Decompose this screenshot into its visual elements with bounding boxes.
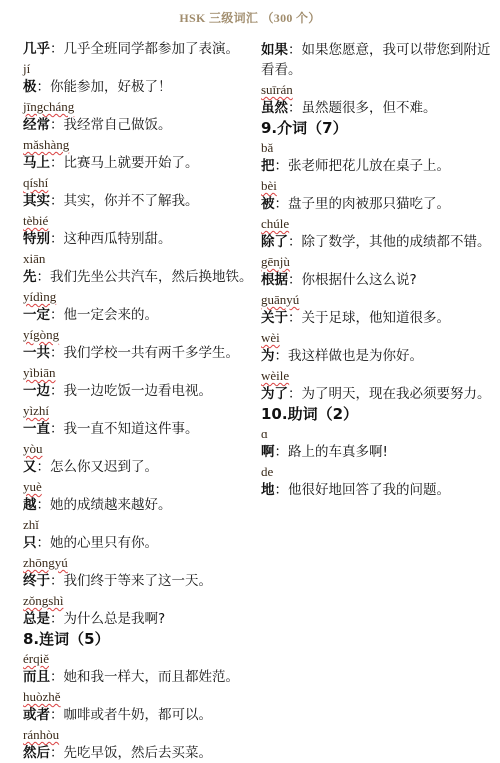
vocab-entry: qíshí 其实：其实，你并不了解我。	[23, 173, 253, 211]
vocab-entry: chúle 除了：除了数学，其他的成绩都不错。	[261, 214, 493, 252]
pinyin-line: zhǐ	[23, 515, 253, 534]
separator: ：	[37, 535, 51, 551]
separator: ：	[288, 310, 302, 326]
pinyin: wèile	[261, 368, 289, 383]
vocab-sentence: 总是：为什么总是我啊?	[23, 610, 253, 629]
vocab-entry: yìzhí 一直：我一直不知道这件事。	[23, 401, 253, 439]
vocab-sentence: 为：我这样做也是为你好。	[261, 347, 493, 366]
vocab-entry: huòzhě 或者：咖啡或者牛奶，都可以。	[23, 687, 253, 725]
vocab-sentence: 一边：我一边吃饭一边看电视。	[23, 382, 253, 401]
example-sentence: 我经常自己做饭。	[64, 117, 172, 133]
vocab-sentence: 地：他很好地回答了我的问题。	[261, 481, 493, 500]
vocab-sentence: 极：你能参加，好极了！	[23, 78, 253, 97]
vocab-list-conjunctions: érqiě 而且：她和我一样大，而且都姓范。 huòzhě 或者：咖啡或者牛奶，…	[23, 649, 253, 763]
vocab-word: 把	[261, 158, 275, 174]
pinyin-line: qíshí	[23, 173, 253, 192]
separator: ：	[37, 79, 51, 95]
vocab-entry: yòu 又：怎么你又迟到了。	[23, 439, 253, 477]
separator: ：	[288, 272, 302, 288]
pinyin-line: tèbié	[23, 211, 253, 230]
vocab-word: 除了	[261, 234, 288, 250]
pinyin-line: yìbiān	[23, 363, 253, 382]
pinyin: wèi	[261, 330, 280, 345]
example-sentence: 怎么你又迟到了。	[50, 459, 158, 475]
vocab-word: 只	[23, 535, 37, 551]
vocab-word: 几乎	[23, 41, 50, 57]
vocab-word: 如果	[261, 42, 288, 58]
pinyin-line: yídìng	[23, 287, 253, 306]
example-sentence: 为什么总是我啊?	[64, 611, 166, 627]
vocab-sentence: 几乎：几乎全班同学都参加了表演。	[23, 40, 253, 59]
pinyin: yìzhí	[23, 403, 49, 418]
pinyin: zǒngshì	[23, 593, 63, 608]
section-title-prepositions: 9.介词（7）	[261, 118, 493, 138]
vocab-entry: guānyú 关于：关于足球，他知道很多。	[261, 290, 493, 328]
vocab-entry: tèbié 特别：这种西瓜特别甜。	[23, 211, 253, 249]
example-sentence: 她的心里只有你。	[50, 535, 158, 551]
vocab-word: 马上	[23, 155, 50, 171]
section-title-particles: 10.助词（2）	[261, 404, 493, 424]
pinyin: chúle	[261, 216, 289, 231]
vocab-word: 极	[23, 79, 37, 95]
vocab-entry: zhōngyú 终于：我们终于等来了这一天。	[23, 553, 253, 591]
pinyin-line: bèi	[261, 176, 493, 195]
pinyin: xiān	[23, 251, 45, 266]
vocab-entry: jí 极：你能参加，好极了！	[23, 59, 253, 97]
separator: ：	[50, 117, 64, 133]
pinyin-line: chúle	[261, 214, 493, 233]
vocab-sentence: 其实：其实，你并不了解我。	[23, 192, 253, 211]
vocab-word: 地	[261, 482, 275, 498]
vocab-entry: yìbiān 一边：我一边吃饭一边看电视。	[23, 363, 253, 401]
vocab-sentence: 根据：你根据什么这么说?	[261, 271, 493, 290]
vocab-entry: de 地：他很好地回答了我的问题。	[261, 462, 493, 500]
vocab-sentence: 特别：这种西瓜特别甜。	[23, 230, 253, 249]
pinyin: qíshí	[23, 175, 48, 190]
pinyin: zhōngyú	[23, 555, 68, 570]
vocab-word: 越	[23, 497, 37, 513]
example-sentence: 咖啡或者牛奶，都可以。	[64, 707, 213, 723]
pinyin: zhǐ	[23, 517, 39, 532]
vocab-word: 特别	[23, 231, 50, 247]
example-sentence: 我这样做也是为你好。	[288, 348, 423, 364]
pinyin-line: guānyú	[261, 290, 493, 309]
vocab-sentence: 终于：我们终于等来了这一天。	[23, 572, 253, 591]
pinyin-line: mǎshàng	[23, 135, 253, 154]
example-sentence: 他很好地回答了我的问题。	[288, 482, 450, 498]
vocab-word: 一共	[23, 345, 50, 361]
pinyin-line: gēnjù	[261, 252, 493, 271]
pinyin: yuè	[23, 479, 42, 494]
separator: ：	[50, 383, 64, 399]
example-sentence: 我们学校一共有两千多学生。	[64, 345, 240, 361]
example-sentence: 张老师把花儿放在桌子上。	[288, 158, 450, 174]
pinyin: jīngcháng	[23, 99, 74, 114]
pinyin-line: érqiě	[23, 649, 253, 668]
vocab-word: 一定	[23, 307, 50, 323]
vocab-entry: ɑ 啊：路上的车真多啊!	[261, 424, 493, 462]
pinyin: yídìng	[23, 289, 56, 304]
example-sentence: 她和我一样大，而且都姓范。	[64, 669, 240, 685]
vocab-word: 然后	[23, 745, 50, 761]
pinyin: suīrán	[261, 82, 293, 97]
vocab-word: 先	[23, 269, 37, 285]
pinyin-line: zǒngshì	[23, 591, 253, 610]
vocab-entry: jīngcháng 经常：我经常自己做饭。	[23, 97, 253, 135]
vocab-word: 终于	[23, 573, 50, 589]
vocab-word: 经常	[23, 117, 50, 133]
pinyin: de	[261, 464, 273, 479]
vocab-word: 总是	[23, 611, 50, 627]
pinyin-line: wèi	[261, 328, 493, 347]
vocab-list-prepositions: bǎ 把：张老师把花儿放在桌子上。 bèi 被：盘子里的肉被那只猫吃了。 chú…	[261, 138, 493, 404]
vocab-sentence: 一直：我一直不知道这件事。	[23, 420, 253, 439]
vocab-list-particles: ɑ 啊：路上的车真多啊! de 地：他很好地回答了我的问题。	[261, 424, 493, 500]
vocab-sentence: 马上：比赛马上就要开始了。	[23, 154, 253, 173]
vocab-word: 一边	[23, 383, 50, 399]
vocab-entry: suīrán 虽然：虽然题很多，但不难。	[261, 80, 493, 118]
separator: ：	[288, 234, 302, 250]
pinyin: mǎshàng	[23, 137, 69, 152]
vocab-entry: gēnjù 根据：你根据什么这么说?	[261, 252, 493, 290]
example-sentence: 其实，你并不了解我。	[64, 193, 199, 209]
example-sentence: 我一边吃饭一边看电视。	[64, 383, 213, 399]
vocab-sentence: 关于：关于足球，他知道很多。	[261, 309, 493, 328]
separator: ：	[50, 421, 64, 437]
pinyin: guānyú	[261, 292, 299, 307]
pinyin: bèi	[261, 178, 277, 193]
pinyin-line: yòu	[23, 439, 253, 458]
example-sentence: 她的成绩越来越好。	[50, 497, 172, 513]
vocab-sentence: 然后：先吃早饭，然后去买菜。	[23, 744, 253, 763]
separator: ：	[37, 497, 51, 513]
separator: ：	[50, 573, 64, 589]
pinyin-line: wèile	[261, 366, 493, 385]
vocab-sentence: 如果：如果您愿意，我可以带您到附近看看。	[261, 40, 493, 80]
vocab-sentence: 越：她的成绩越来越好。	[23, 496, 253, 515]
vocab-word: 或者	[23, 707, 50, 723]
vocab-word: 为了	[261, 386, 288, 402]
pinyin-line: huòzhě	[23, 687, 253, 706]
example-sentence: 盘子里的肉被那只猫吃了。	[288, 196, 450, 212]
separator: ：	[288, 100, 302, 116]
vocab-word: 虽然	[261, 100, 288, 116]
vocab-sentence: 又：怎么你又迟到了。	[23, 458, 253, 477]
example-sentence: 关于足球，他知道很多。	[302, 310, 451, 326]
vocab-entry: bǎ 把：张老师把花儿放在桌子上。	[261, 138, 493, 176]
vocab-word: 一直	[23, 421, 50, 437]
vocab-sentence: 除了：除了数学，其他的成绩都不错。	[261, 233, 493, 252]
separator: ：	[275, 348, 289, 364]
vocab-entry: wèile 为了：为了明天，现在我必须要努力。	[261, 366, 493, 404]
separator: ：	[50, 231, 64, 247]
vocab-word: 为	[261, 348, 275, 364]
example-sentence: 我们终于等来了这一天。	[64, 573, 213, 589]
separator: ：	[50, 307, 64, 323]
pinyin-line: ránhòu	[23, 725, 253, 744]
example-sentence: 他一定会来的。	[64, 307, 159, 323]
pinyin-line: yìzhí	[23, 401, 253, 420]
pinyin: gēnjù	[261, 254, 290, 269]
vocab-entry: yídìng 一定：他一定会来的。	[23, 287, 253, 325]
vocab-sentence: 一定：他一定会来的。	[23, 306, 253, 325]
vocab-list: suīrán 虽然：虽然题很多，但不难。	[261, 80, 493, 118]
pinyin: érqiě	[23, 651, 49, 666]
pinyin-line: suīrán	[261, 80, 493, 99]
example-sentence: 先吃早饭，然后去买菜。	[64, 745, 213, 761]
pinyin: tèbié	[23, 213, 48, 228]
separator: ：	[50, 345, 64, 361]
example-sentence: 你能参加，好极了！	[50, 79, 172, 95]
vocab-sentence: 为了：为了明天，现在我必须要努力。	[261, 385, 493, 404]
vocab-word: 根据	[261, 272, 288, 288]
separator: ：	[37, 459, 51, 475]
vocab-sentence: 经常：我经常自己做饭。	[23, 116, 253, 135]
separator: ：	[50, 745, 64, 761]
pinyin-line: zhōngyú	[23, 553, 253, 572]
vocab-entry: zhǐ 只：她的心里只有你。	[23, 515, 253, 553]
pinyin-line: jīngcháng	[23, 97, 253, 116]
example-sentence: 我们先坐公共汽车，然后换地铁。	[50, 269, 253, 285]
pinyin: bǎ	[261, 140, 273, 155]
pinyin-line: yígòng	[23, 325, 253, 344]
separator: ：	[37, 269, 51, 285]
separator: ：	[275, 158, 289, 174]
separator: ：	[50, 669, 64, 685]
example-sentence: 为了明天，现在我必须要努力。	[302, 386, 491, 402]
pinyin-line: de	[261, 462, 493, 481]
pinyin: jí	[23, 61, 30, 76]
example-sentence: 除了数学，其他的成绩都不错。	[302, 234, 491, 250]
example-sentence: 路上的车真多啊!	[288, 444, 388, 460]
pinyin: yígòng	[23, 327, 59, 342]
example-sentence: 我一直不知道这件事。	[64, 421, 199, 437]
vocab-entry: xiān 先：我们先坐公共汽车，然后换地铁。	[23, 249, 253, 287]
vocab-word: 啊	[261, 444, 275, 460]
example-sentence: 这种西瓜特别甜。	[64, 231, 172, 247]
separator: ：	[50, 193, 64, 209]
vocab-word: 而且	[23, 669, 50, 685]
vocab-entry: bèi 被：盘子里的肉被那只猫吃了。	[261, 176, 493, 214]
example-sentence: 虽然题很多，但不难。	[302, 100, 437, 116]
example-sentence: 你根据什么这么说?	[302, 272, 417, 288]
vocab-sentence: 或者：咖啡或者牛奶，都可以。	[23, 706, 253, 725]
separator: ：	[50, 707, 64, 723]
section-title-conjunctions: 8.连词（5）	[23, 629, 253, 649]
vocab-entry: mǎshàng 马上：比赛马上就要开始了。	[23, 135, 253, 173]
separator: ：	[275, 444, 289, 460]
vocab-sentence: 虽然：虽然题很多，但不难。	[261, 99, 493, 118]
vocab-sentence: 一共：我们学校一共有两千多学生。	[23, 344, 253, 363]
right-column: 如果：如果您愿意，我可以带您到附近看看。 suīrán 虽然：虽然题很多，但不难…	[261, 40, 493, 500]
vocab-entry: érqiě 而且：她和我一样大，而且都姓范。	[23, 649, 253, 687]
separator: ：	[288, 386, 302, 402]
vocab-entry: yígòng 一共：我们学校一共有两千多学生。	[23, 325, 253, 363]
separator: ：	[50, 155, 64, 171]
vocab-sentence: 先：我们先坐公共汽车，然后换地铁。	[23, 268, 253, 287]
pinyin: ránhòu	[23, 727, 59, 742]
separator: ：	[275, 482, 289, 498]
separator: ：	[50, 41, 64, 57]
pinyin-line: yuè	[23, 477, 253, 496]
pinyin-line: xiān	[23, 249, 253, 268]
vocab-word: 被	[261, 196, 275, 212]
vocab-word: 关于	[261, 310, 288, 326]
pinyin: huòzhě	[23, 689, 61, 704]
vocab-word: 又	[23, 459, 37, 475]
pinyin-line: jí	[23, 59, 253, 78]
vocab-list: jí 极：你能参加，好极了！ jīngcháng 经常：我经常自己做饭。 mǎs…	[23, 59, 253, 629]
vocab-word: 其实	[23, 193, 50, 209]
vocab-sentence: 只：她的心里只有你。	[23, 534, 253, 553]
separator: ：	[275, 196, 289, 212]
left-column: 几乎：几乎全班同学都参加了表演。 jí 极：你能参加，好极了！ jīngchán…	[23, 40, 253, 763]
page-header: HSK 三级词汇 （300 个）	[0, 9, 500, 26]
pinyin: yòu	[23, 441, 43, 456]
vocab-entry: ránhòu 然后：先吃早饭，然后去买菜。	[23, 725, 253, 763]
example-sentence: 几乎全班同学都参加了表演。	[64, 41, 240, 57]
vocab-sentence: 被：盘子里的肉被那只猫吃了。	[261, 195, 493, 214]
vocab-entry: zǒngshì 总是：为什么总是我啊?	[23, 591, 253, 629]
pinyin: ɑ	[261, 426, 268, 441]
pinyin-line: bǎ	[261, 138, 493, 157]
pinyin: yìbiān	[23, 365, 56, 380]
vocab-sentence: 而且：她和我一样大，而且都姓范。	[23, 668, 253, 687]
vocab-entry: yuè 越：她的成绩越来越好。	[23, 477, 253, 515]
vocab-sentence: 啊：路上的车真多啊!	[261, 443, 493, 462]
pinyin-line: ɑ	[261, 424, 493, 443]
vocab-entry: wèi 为：我这样做也是为你好。	[261, 328, 493, 366]
vocab-sentence: 把：张老师把花儿放在桌子上。	[261, 157, 493, 176]
separator: ：	[288, 42, 302, 58]
example-sentence: 比赛马上就要开始了。	[64, 155, 199, 171]
separator: ：	[50, 611, 64, 627]
